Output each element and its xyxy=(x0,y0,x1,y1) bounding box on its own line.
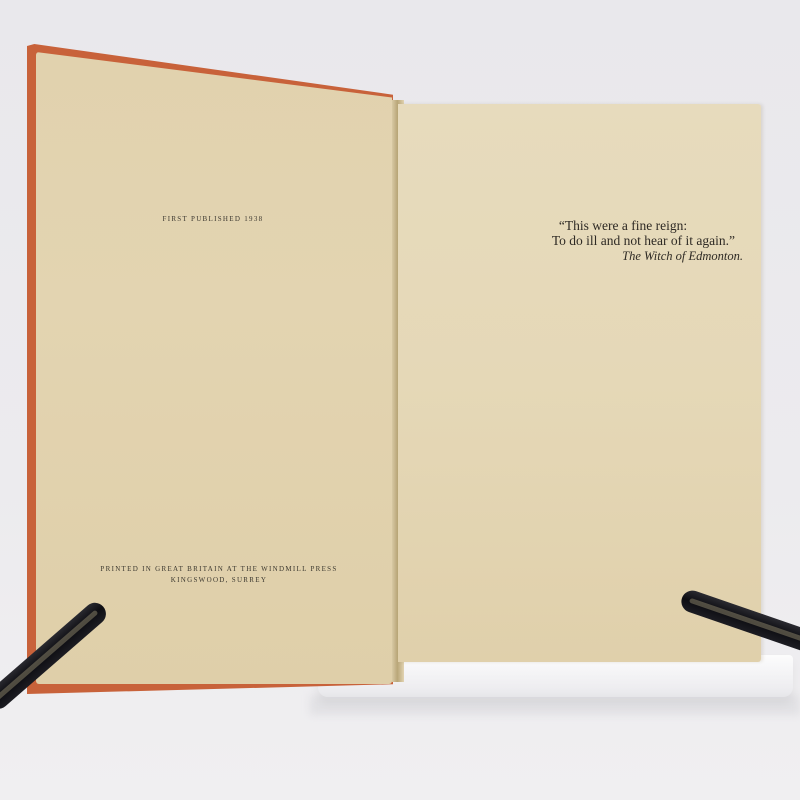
printer-imprint: Printed in Great Britain at the Windmill… xyxy=(91,564,347,586)
printer-line-2: Kingswood, Surrey xyxy=(91,575,347,586)
epigraph-line-1: “This were a fine reign: xyxy=(493,218,743,233)
epigraph: “This were a fine reign: To do ill and n… xyxy=(493,218,743,264)
epigraph-line-2: To do ill and not hear of it again.” xyxy=(493,233,743,248)
epigraph-source: The Witch of Edmonton. xyxy=(493,249,743,264)
printer-line-1: Printed in Great Britain at the Windmill… xyxy=(91,564,347,575)
book-photo-scene: First published 1938 Printed in Great Br… xyxy=(0,0,800,800)
first-published-text: First published 1938 xyxy=(148,215,278,223)
left-page-imprint: First published 1938 Printed in Great Br… xyxy=(36,52,392,684)
right-page-epigraph: “This were a fine reign: To do ill and n… xyxy=(398,104,761,662)
acrylic-shadow xyxy=(310,695,800,715)
